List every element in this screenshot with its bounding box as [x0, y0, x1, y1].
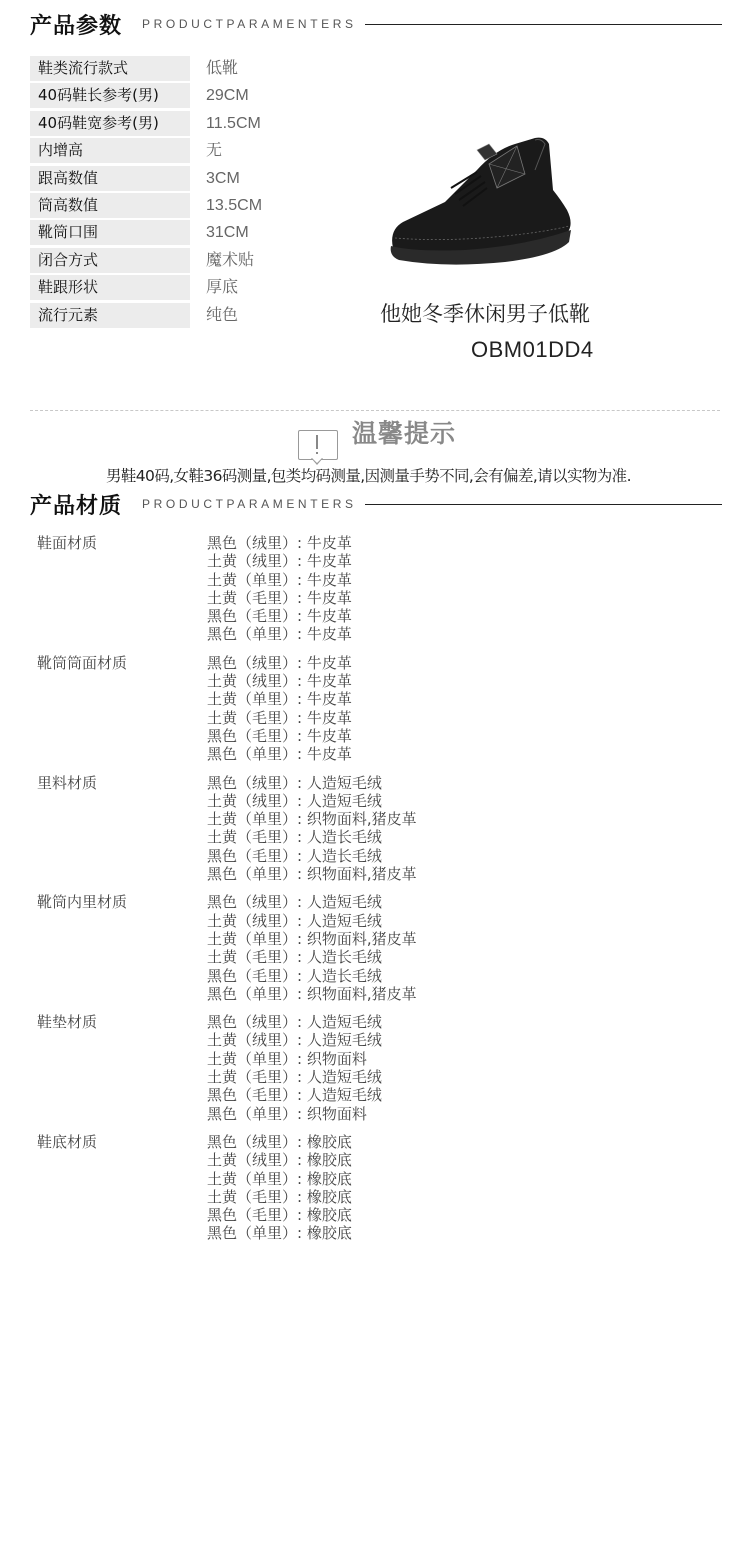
material-group: 鞋底材质 黑色（绒里）: 橡胶底 土黄（绒里）: 橡胶底 土黄（单里）: 橡胶底…: [37, 1133, 417, 1243]
material-key: 靴筒内里材质: [37, 893, 207, 1003]
section-subtitle: PRODUCTPARAMENTERS: [142, 17, 357, 31]
material-value: 土黄（单里）: 橡胶底: [207, 1170, 352, 1188]
param-row: 筒高数值13.5CM: [30, 192, 366, 219]
material-group: 里料材质 黑色（绒里）: 人造短毛绒 土黄（绒里）: 人造短毛绒 土黄（单里）:…: [37, 774, 417, 884]
product-code: OBM01DD4: [471, 337, 594, 363]
param-row: 闭合方式魔术贴: [30, 247, 366, 274]
material-value: 土黄（毛里）: 人造长毛绒: [207, 948, 417, 966]
material-value: 土黄（绒里）: 人造短毛绒: [207, 912, 417, 930]
material-value: 土黄（单里）: 牛皮革: [207, 690, 352, 708]
material-value: 黑色（绒里）: 人造短毛绒: [207, 774, 417, 792]
material-value: 土黄（毛里）: 人造短毛绒: [207, 1068, 382, 1086]
dashed-divider: [30, 410, 720, 411]
material-value: 黑色（毛里）: 人造短毛绒: [207, 1086, 382, 1104]
param-key: 40码鞋长参考(男): [30, 83, 190, 108]
material-group: 靴筒筒面材质 黑色（绒里）: 牛皮革 土黄（绒里）: 牛皮革 土黄（单里）: 牛…: [37, 654, 417, 764]
material-key: 鞋垫材质: [37, 1013, 207, 1123]
material-value: 土黄（毛里）: 人造长毛绒: [207, 828, 417, 846]
param-value: 魔术贴: [190, 247, 366, 274]
section-title: 产品材质: [30, 489, 122, 520]
material-value: 黑色（毛里）: 牛皮革: [207, 607, 352, 625]
exclamation-speech-bubble-icon: [298, 430, 338, 460]
notice-text: 男鞋40码,女鞋36码测量,包类均码测量,因测量手势不同,会有偏差,请以实物为准…: [106, 464, 631, 486]
material-value: 土黄（绒里）: 人造短毛绒: [207, 1031, 382, 1049]
param-key: 流行元素: [30, 303, 190, 328]
material-value: 黑色（毛里）: 人造长毛绒: [207, 967, 417, 985]
param-value: 纯色: [190, 302, 366, 329]
material-key: 里料材质: [37, 774, 207, 884]
material-value: 土黄（绒里）: 人造短毛绒: [207, 792, 417, 810]
material-value: 土黄（绒里）: 橡胶底: [207, 1151, 352, 1169]
param-key: 鞋跟形状: [30, 275, 190, 300]
material-value: 土黄（毛里）: 橡胶底: [207, 1188, 352, 1206]
material-group: 靴筒内里材质 黑色（绒里）: 人造短毛绒 土黄（绒里）: 人造短毛绒 土黄（单里…: [37, 893, 417, 1003]
material-value: 黑色（单里）: 织物面料: [207, 1105, 382, 1123]
section-subtitle: PRODUCTPARAMENTERS: [142, 497, 357, 511]
param-key: 跟高数值: [30, 166, 190, 191]
material-value: 土黄（毛里）: 牛皮革: [207, 709, 352, 727]
param-key: 闭合方式: [30, 248, 190, 273]
material-value: 土黄（单里）: 织物面料: [207, 1050, 382, 1068]
material-value: 黑色（单里）: 牛皮革: [207, 745, 352, 763]
material-value: 黑色（绒里）: 牛皮革: [207, 654, 352, 672]
material-group: 鞋垫材质 黑色（绒里）: 人造短毛绒 土黄（绒里）: 人造短毛绒 土黄（单里）:…: [37, 1013, 417, 1123]
param-row: 内增高无: [30, 137, 366, 164]
param-row: 跟高数值3CM: [30, 165, 366, 192]
param-value: 13.5CM: [190, 192, 366, 219]
param-value: 31CM: [190, 219, 366, 246]
materials-section-header: 产品材质 PRODUCTPARAMENTERS: [30, 489, 722, 519]
material-value: 土黄（单里）: 织物面料,猪皮革: [207, 930, 417, 948]
param-row: 流行元素纯色: [30, 302, 366, 329]
material-value: 黑色（毛里）: 人造长毛绒: [207, 847, 417, 865]
param-value: 无: [190, 137, 366, 164]
material-value: 黑色（毛里）: 橡胶底: [207, 1206, 352, 1224]
param-value: 11.5CM: [190, 110, 366, 137]
notice-title: 温馨提示: [352, 414, 456, 450]
param-row: 鞋类流行款式低靴: [30, 55, 366, 82]
divider: [365, 24, 722, 25]
param-row: 40码鞋宽参考(男)11.5CM: [30, 110, 366, 137]
material-value: 黑色（单里）: 牛皮革: [207, 625, 352, 643]
material-value: 土黄（绒里）: 牛皮革: [207, 672, 352, 690]
material-value: 黑色（毛里）: 牛皮革: [207, 727, 352, 745]
param-value: 3CM: [190, 165, 366, 192]
product-name: 他她冬季休闲男子低靴: [380, 298, 590, 328]
param-key: 内增高: [30, 138, 190, 163]
material-value: 黑色（绒里）: 牛皮革: [207, 534, 352, 552]
material-value: 黑色（单里）: 织物面料,猪皮革: [207, 985, 417, 1003]
param-row: 靴筒口围31CM: [30, 219, 366, 246]
material-value: 黑色（绒里）: 橡胶底: [207, 1133, 352, 1151]
param-key: 靴筒口围: [30, 220, 190, 245]
param-value: 低靴: [190, 55, 366, 82]
param-value: 29CM: [190, 82, 366, 109]
material-value: 黑色（绒里）: 人造短毛绒: [207, 893, 417, 911]
material-value: 土黄（单里）: 织物面料,猪皮革: [207, 810, 417, 828]
param-key: 筒高数值: [30, 193, 190, 218]
material-value: 土黄（绒里）: 牛皮革: [207, 552, 352, 570]
material-key: 靴筒筒面材质: [37, 654, 207, 764]
material-key: 鞋面材质: [37, 534, 207, 644]
material-value: 土黄（毛里）: 牛皮革: [207, 589, 352, 607]
divider: [365, 504, 722, 505]
material-value: 土黄（单里）: 牛皮革: [207, 571, 352, 589]
material-key: 鞋底材质: [37, 1133, 207, 1243]
param-row: 40码鞋长参考(男)29CM: [30, 82, 366, 109]
param-key: 鞋类流行款式: [30, 56, 190, 81]
section-title: 产品参数: [30, 9, 122, 40]
material-value: 黑色（绒里）: 人造短毛绒: [207, 1013, 382, 1031]
param-row: 鞋跟形状厚底: [30, 274, 366, 301]
params-section-header: 产品参数 PRODUCTPARAMENTERS: [30, 9, 722, 39]
params-table: 鞋类流行款式低靴 40码鞋长参考(男)29CM 40码鞋宽参考(男)11.5CM…: [30, 55, 366, 329]
param-value: 厚底: [190, 274, 366, 301]
material-value: 黑色（单里）: 橡胶底: [207, 1224, 352, 1242]
material-group: 鞋面材质 黑色（绒里）: 牛皮革 土黄（绒里）: 牛皮革 土黄（单里）: 牛皮革…: [37, 534, 417, 644]
materials-list: 鞋面材质 黑色（绒里）: 牛皮革 土黄（绒里）: 牛皮革 土黄（单里）: 牛皮革…: [37, 534, 417, 1253]
param-key: 40码鞋宽参考(男): [30, 111, 190, 136]
shoe-image: [385, 130, 575, 270]
material-value: 黑色（单里）: 织物面料,猪皮革: [207, 865, 417, 883]
